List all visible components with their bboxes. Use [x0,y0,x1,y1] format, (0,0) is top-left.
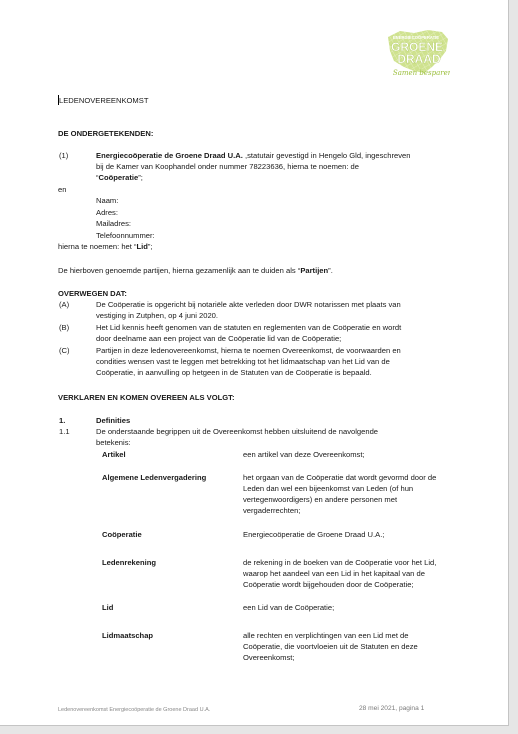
logo-map-icon: ENERGIECOÖPERATIE GROENE DRAAD Samen bes… [384,27,450,83]
section1-number: 1. [59,415,65,426]
document-title: LEDENOVEREENKOMST [59,95,148,106]
definition-text: Overeenkomst; [243,652,295,663]
member-field-name[interactable]: Naam: [96,195,118,206]
consideration-label: (A) [59,299,69,310]
party1-line3: “Coöperatie”; [96,172,143,183]
member-alias-post: ”; [148,242,153,251]
definition-text: vertegenwoordigers) en andere personen m… [243,494,397,505]
definition-term: Algemene Ledenvergadering [102,472,206,483]
footer-left: Ledenovereenkomst Energiecoöperatie de G… [58,707,210,713]
consideration-text: Coöperatie, in aanvulling op hetgeen in … [96,367,372,378]
clause1-1-line1: De onderstaande begrippen uit de Overeen… [96,426,378,437]
consideration-label: (C) [59,345,70,356]
consideration-text: Het Lid kennis heeft genomen van de stat… [96,322,401,333]
member-field-address[interactable]: Adres: [96,207,118,218]
parties-definition: De hierboven genoemde partijen, hierna g… [58,265,333,276]
consideration-label: (B) [59,322,69,333]
definition-text: Energiecoöperatie de Groene Draad U.A.; [243,529,384,540]
party1-line1: Energiecoöperatie de Groene Draad U.A. ,… [96,150,410,161]
definition-text: de rekening in de boeken van de Coöperat… [243,557,436,568]
party1-number: (1) [59,150,68,161]
party1-line1-rest: ,statutair gevestigd in Hengelo Gld, ing… [243,151,411,160]
definition-term: Lidmaatschap [102,630,153,641]
section1-title: Definities [96,415,130,426]
member-alias: hierna te noemen: het “Lid”; [58,241,153,252]
member-alias-pre: hierna te noemen: het “ [58,242,137,251]
definition-text: een Lid van de Coöperatie; [243,602,334,613]
consideration-text: De Coöperatie is opgericht bij notariële… [96,299,401,310]
member-field-email[interactable]: Mailadres: [96,218,131,229]
definition-text: het orgaan van de Coöperatie dat wordt g… [243,472,436,483]
definition-text: Coöperatie wordt bijgehouden door de Coö… [243,579,414,590]
document-page[interactable]: ENERGIECOÖPERATIE GROENE DRAAD Samen bes… [0,0,509,726]
definition-term: Artikel [102,449,126,460]
svg-text:Samen besparen!: Samen besparen! [393,69,450,77]
parties-bold: Partijen [300,266,328,275]
member-alias-bold: Lid [137,242,148,251]
svg-text:DRAAD: DRAAD [397,52,441,66]
parties-post: ”. [328,266,333,275]
definition-text: alle rechten en verplichtingen van een L… [243,630,408,641]
quote-close: ”; [138,173,143,182]
consideration-text: condities wensen vast te leggen met betr… [96,356,390,367]
agree-heading: VERKLAREN EN KOMEN OVEREEN ALS VOLGT: [58,392,235,403]
definition-text: Coöperatie, die voortvloeien uit de Stat… [243,641,418,652]
consideration-text: door deelname aan een project van de Coö… [96,333,341,344]
party1-alias: Coöperatie [99,173,139,182]
consideration-text: Partijen in deze ledenovereenkomst, hier… [96,345,401,356]
party1-name: Energiecoöperatie de Groene Draad U.A. [96,151,243,160]
consideration-text: vestiging in Zutphen, op 4 juni 2020. [96,310,218,321]
clause1-1-number: 1.1 [59,426,70,437]
definition-text: Leden dan wel een bijeenkomst van Leden … [243,483,413,494]
footer-page-info: 28 mei 2021, pagina 1 [359,705,424,712]
signatories-heading: DE ONDERGETEKENDEN: [58,128,153,139]
definition-term: Lid [102,602,113,613]
clause1-1-line2: betekenis: [96,437,131,448]
definition-term: Ledenrekening [102,557,156,568]
and-text: en [58,184,66,195]
party1-line2: bij de Kamer van Koophandel onder nummer… [96,161,359,172]
definition-text: een artikel van deze Overeenkomst; [243,449,365,460]
considering-heading: OVERWEGEN DAT: [58,288,127,299]
definition-text: waarop het aandeel van een Lid in het ka… [243,568,425,579]
definition-text: vergaderrechten; [243,505,300,516]
member-field-phone[interactable]: Telefoonnummer: [96,230,155,241]
groene-draad-logo: ENERGIECOÖPERATIE GROENE DRAAD Samen bes… [384,27,450,83]
definition-term: Coöperatie [102,529,142,540]
parties-pre: De hierboven genoemde partijen, hierna g… [58,266,300,275]
